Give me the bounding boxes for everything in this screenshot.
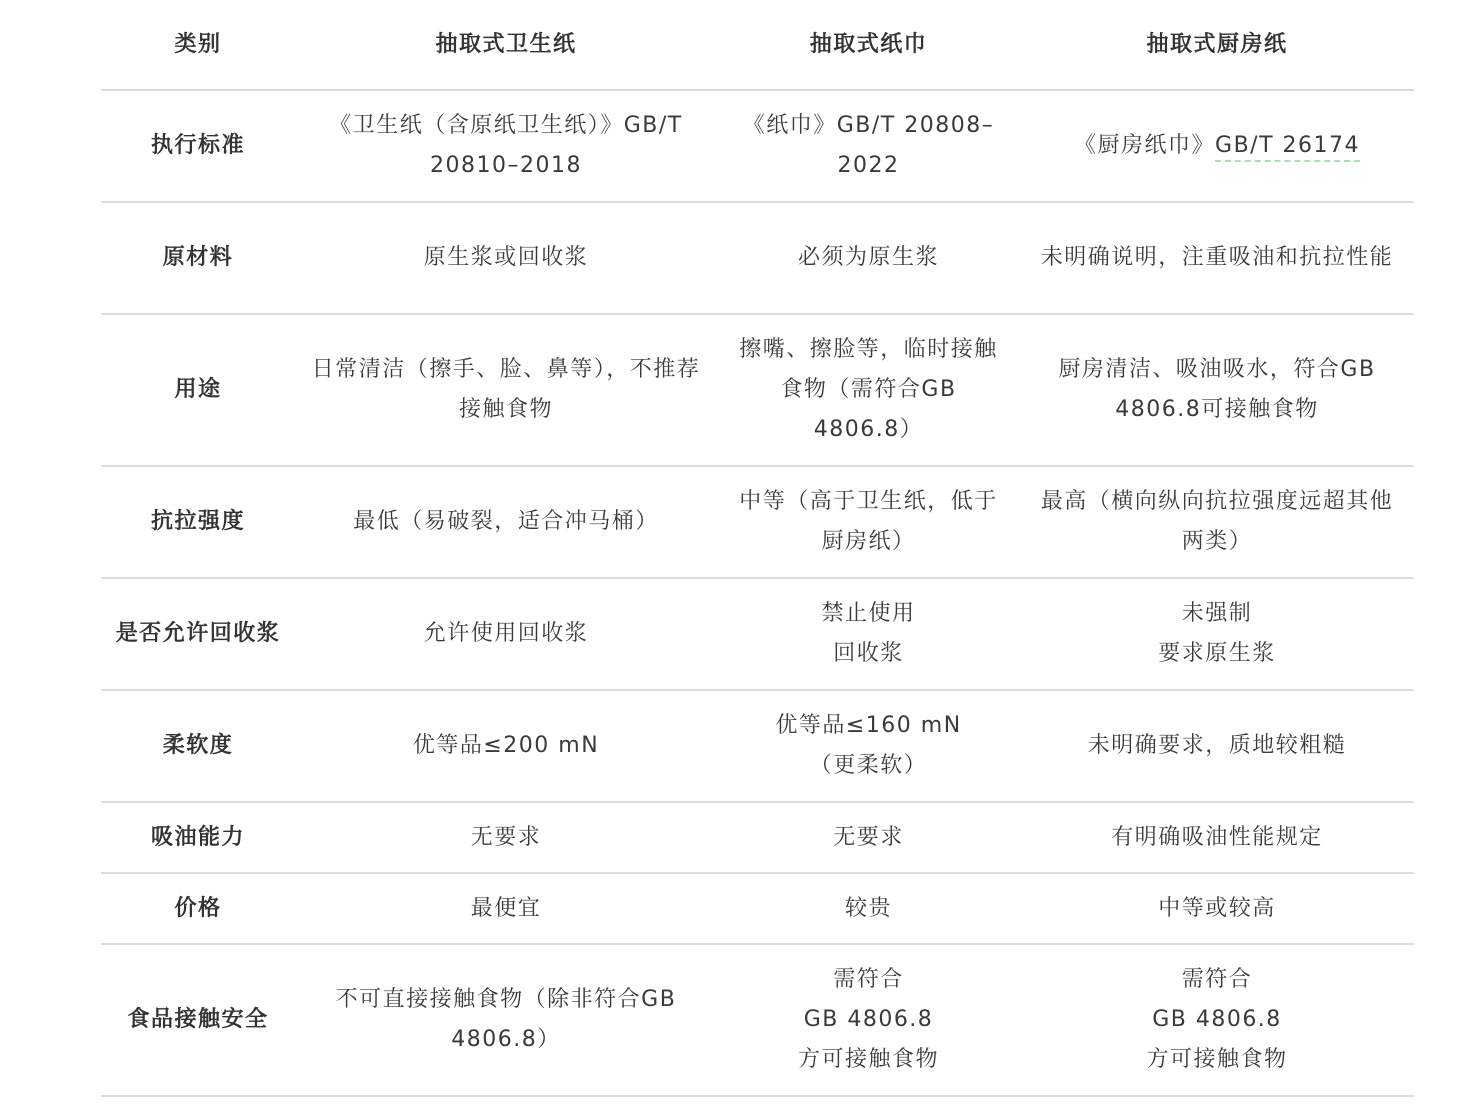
row-category: 抗拉强度 — [101, 466, 295, 578]
row-category: 价格 — [101, 873, 295, 944]
cell-toilet-paper: 允许使用回收浆 — [295, 578, 717, 690]
row-category: 原材料 — [101, 202, 295, 314]
cell-tissue: 《纸巾》GB/T 20808–2022 — [717, 90, 1020, 202]
header-toilet-paper: 抽取式卫生纸 — [295, 0, 717, 90]
row-category: 柔软度 — [101, 690, 295, 802]
cell-line: 要求原生浆 — [1034, 634, 1400, 674]
table-row: 用途 日常清洁（擦手、脸、鼻等），不推荐接触食物 擦嘴、擦脸等，临时接触食物（需… — [101, 314, 1414, 466]
table-row: 柔软度 优等品≤200 mN 优等品≤160 mN （更柔软） 未明确要求，质地… — [101, 690, 1414, 802]
table-row: 吸油能力 无要求 无要求 有明确吸油性能规定 — [101, 802, 1414, 873]
cell-tissue: 需符合 GB 4806.8 方可接触食物 — [717, 944, 1020, 1096]
cell-toilet-paper: 日常清洁（擦手、脸、鼻等），不推荐接触食物 — [295, 314, 717, 466]
cell-line: 需符合 — [731, 960, 1006, 1000]
cell-line: 禁止使用 — [731, 594, 1006, 634]
cell-toilet-paper: 《卫生纸（含原纸卫生纸）》GB/T 20810–2018 — [295, 90, 717, 202]
header-kitchen-paper: 抽取式厨房纸 — [1020, 0, 1414, 90]
cell-toilet-paper: 无要求 — [295, 802, 717, 873]
table-header-row: 类别 抽取式卫生纸 抽取式纸巾 抽取式厨房纸 — [101, 0, 1414, 90]
cell-tissue: 擦嘴、擦脸等，临时接触食物（需符合GB 4806.8） — [717, 314, 1020, 466]
cell-kitchen-paper: 需符合 GB 4806.8 方可接触食物 — [1020, 944, 1414, 1096]
cell-tissue: 无要求 — [717, 802, 1020, 873]
comparison-table: 类别 抽取式卫生纸 抽取式纸巾 抽取式厨房纸 执行标准 《卫生纸（含原纸卫生纸）… — [101, 0, 1414, 1097]
table-row: 原材料 原生浆或回收浆 必须为原生浆 未明确说明，注重吸油和抗拉性能 — [101, 202, 1414, 314]
cell-toilet-paper: 优等品≤200 mN — [295, 690, 717, 802]
cell-line: （更柔软） — [731, 746, 1006, 786]
row-category: 执行标准 — [101, 90, 295, 202]
row-category: 食品接触安全 — [101, 944, 295, 1096]
cell-line: 需符合 — [1034, 960, 1400, 1000]
table-row: 执行标准 《卫生纸（含原纸卫生纸）》GB/T 20810–2018 《纸巾》GB… — [101, 90, 1414, 202]
standard-title: 《厨房纸巾》 — [1074, 133, 1215, 158]
cell-toilet-paper: 不可直接接触食物（除非符合GB 4806.8） — [295, 944, 717, 1096]
cell-line: 优等品≤160 mN — [731, 706, 1006, 746]
cell-kitchen-paper: 未明确说明，注重吸油和抗拉性能 — [1020, 202, 1414, 314]
cell-tissue: 优等品≤160 mN （更柔软） — [717, 690, 1020, 802]
cell-line: 方可接触食物 — [731, 1040, 1006, 1080]
cell-line: 方可接触食物 — [1034, 1040, 1400, 1080]
table-row: 是否允许回收浆 允许使用回收浆 禁止使用 回收浆 未强制 要求原生浆 — [101, 578, 1414, 690]
cell-toilet-paper: 最便宜 — [295, 873, 717, 944]
cell-tissue: 较贵 — [717, 873, 1020, 944]
standard-link[interactable]: GB/T 26174 — [1215, 133, 1360, 162]
cell-kitchen-paper: 未明确要求，质地较粗糙 — [1020, 690, 1414, 802]
cell-line: 回收浆 — [731, 634, 1006, 674]
cell-kitchen-paper: 《厨房纸巾》GB/T 26174 — [1020, 90, 1414, 202]
cell-kitchen-paper: 厨房清洁、吸油吸水，符合GB 4806.8可接触食物 — [1020, 314, 1414, 466]
cell-kitchen-paper: 中等或较高 — [1020, 873, 1414, 944]
row-category: 用途 — [101, 314, 295, 466]
cell-tissue: 禁止使用 回收浆 — [717, 578, 1020, 690]
table-row: 价格 最便宜 较贵 中等或较高 — [101, 873, 1414, 944]
cell-tissue: 中等（高于卫生纸，低于厨房纸） — [717, 466, 1020, 578]
cell-kitchen-paper: 未强制 要求原生浆 — [1020, 578, 1414, 690]
row-category: 是否允许回收浆 — [101, 578, 295, 690]
cell-line: 未强制 — [1034, 594, 1400, 634]
table-row: 食品接触安全 不可直接接触食物（除非符合GB 4806.8） 需符合 GB 48… — [101, 944, 1414, 1096]
cell-line: GB 4806.8 — [1034, 1000, 1400, 1040]
cell-kitchen-paper: 有明确吸油性能规定 — [1020, 802, 1414, 873]
table-row: 抗拉强度 最低（易破裂，适合冲马桶） 中等（高于卫生纸，低于厨房纸） 最高（横向… — [101, 466, 1414, 578]
cell-toilet-paper: 最低（易破裂，适合冲马桶） — [295, 466, 717, 578]
header-category: 类别 — [101, 0, 295, 90]
header-tissue: 抽取式纸巾 — [717, 0, 1020, 90]
cell-toilet-paper: 原生浆或回收浆 — [295, 202, 717, 314]
cell-line: GB 4806.8 — [731, 1000, 1006, 1040]
row-category: 吸油能力 — [101, 802, 295, 873]
cell-tissue: 必须为原生浆 — [717, 202, 1020, 314]
cell-kitchen-paper: 最高（横向纵向抗拉强度远超其他两类） — [1020, 466, 1414, 578]
